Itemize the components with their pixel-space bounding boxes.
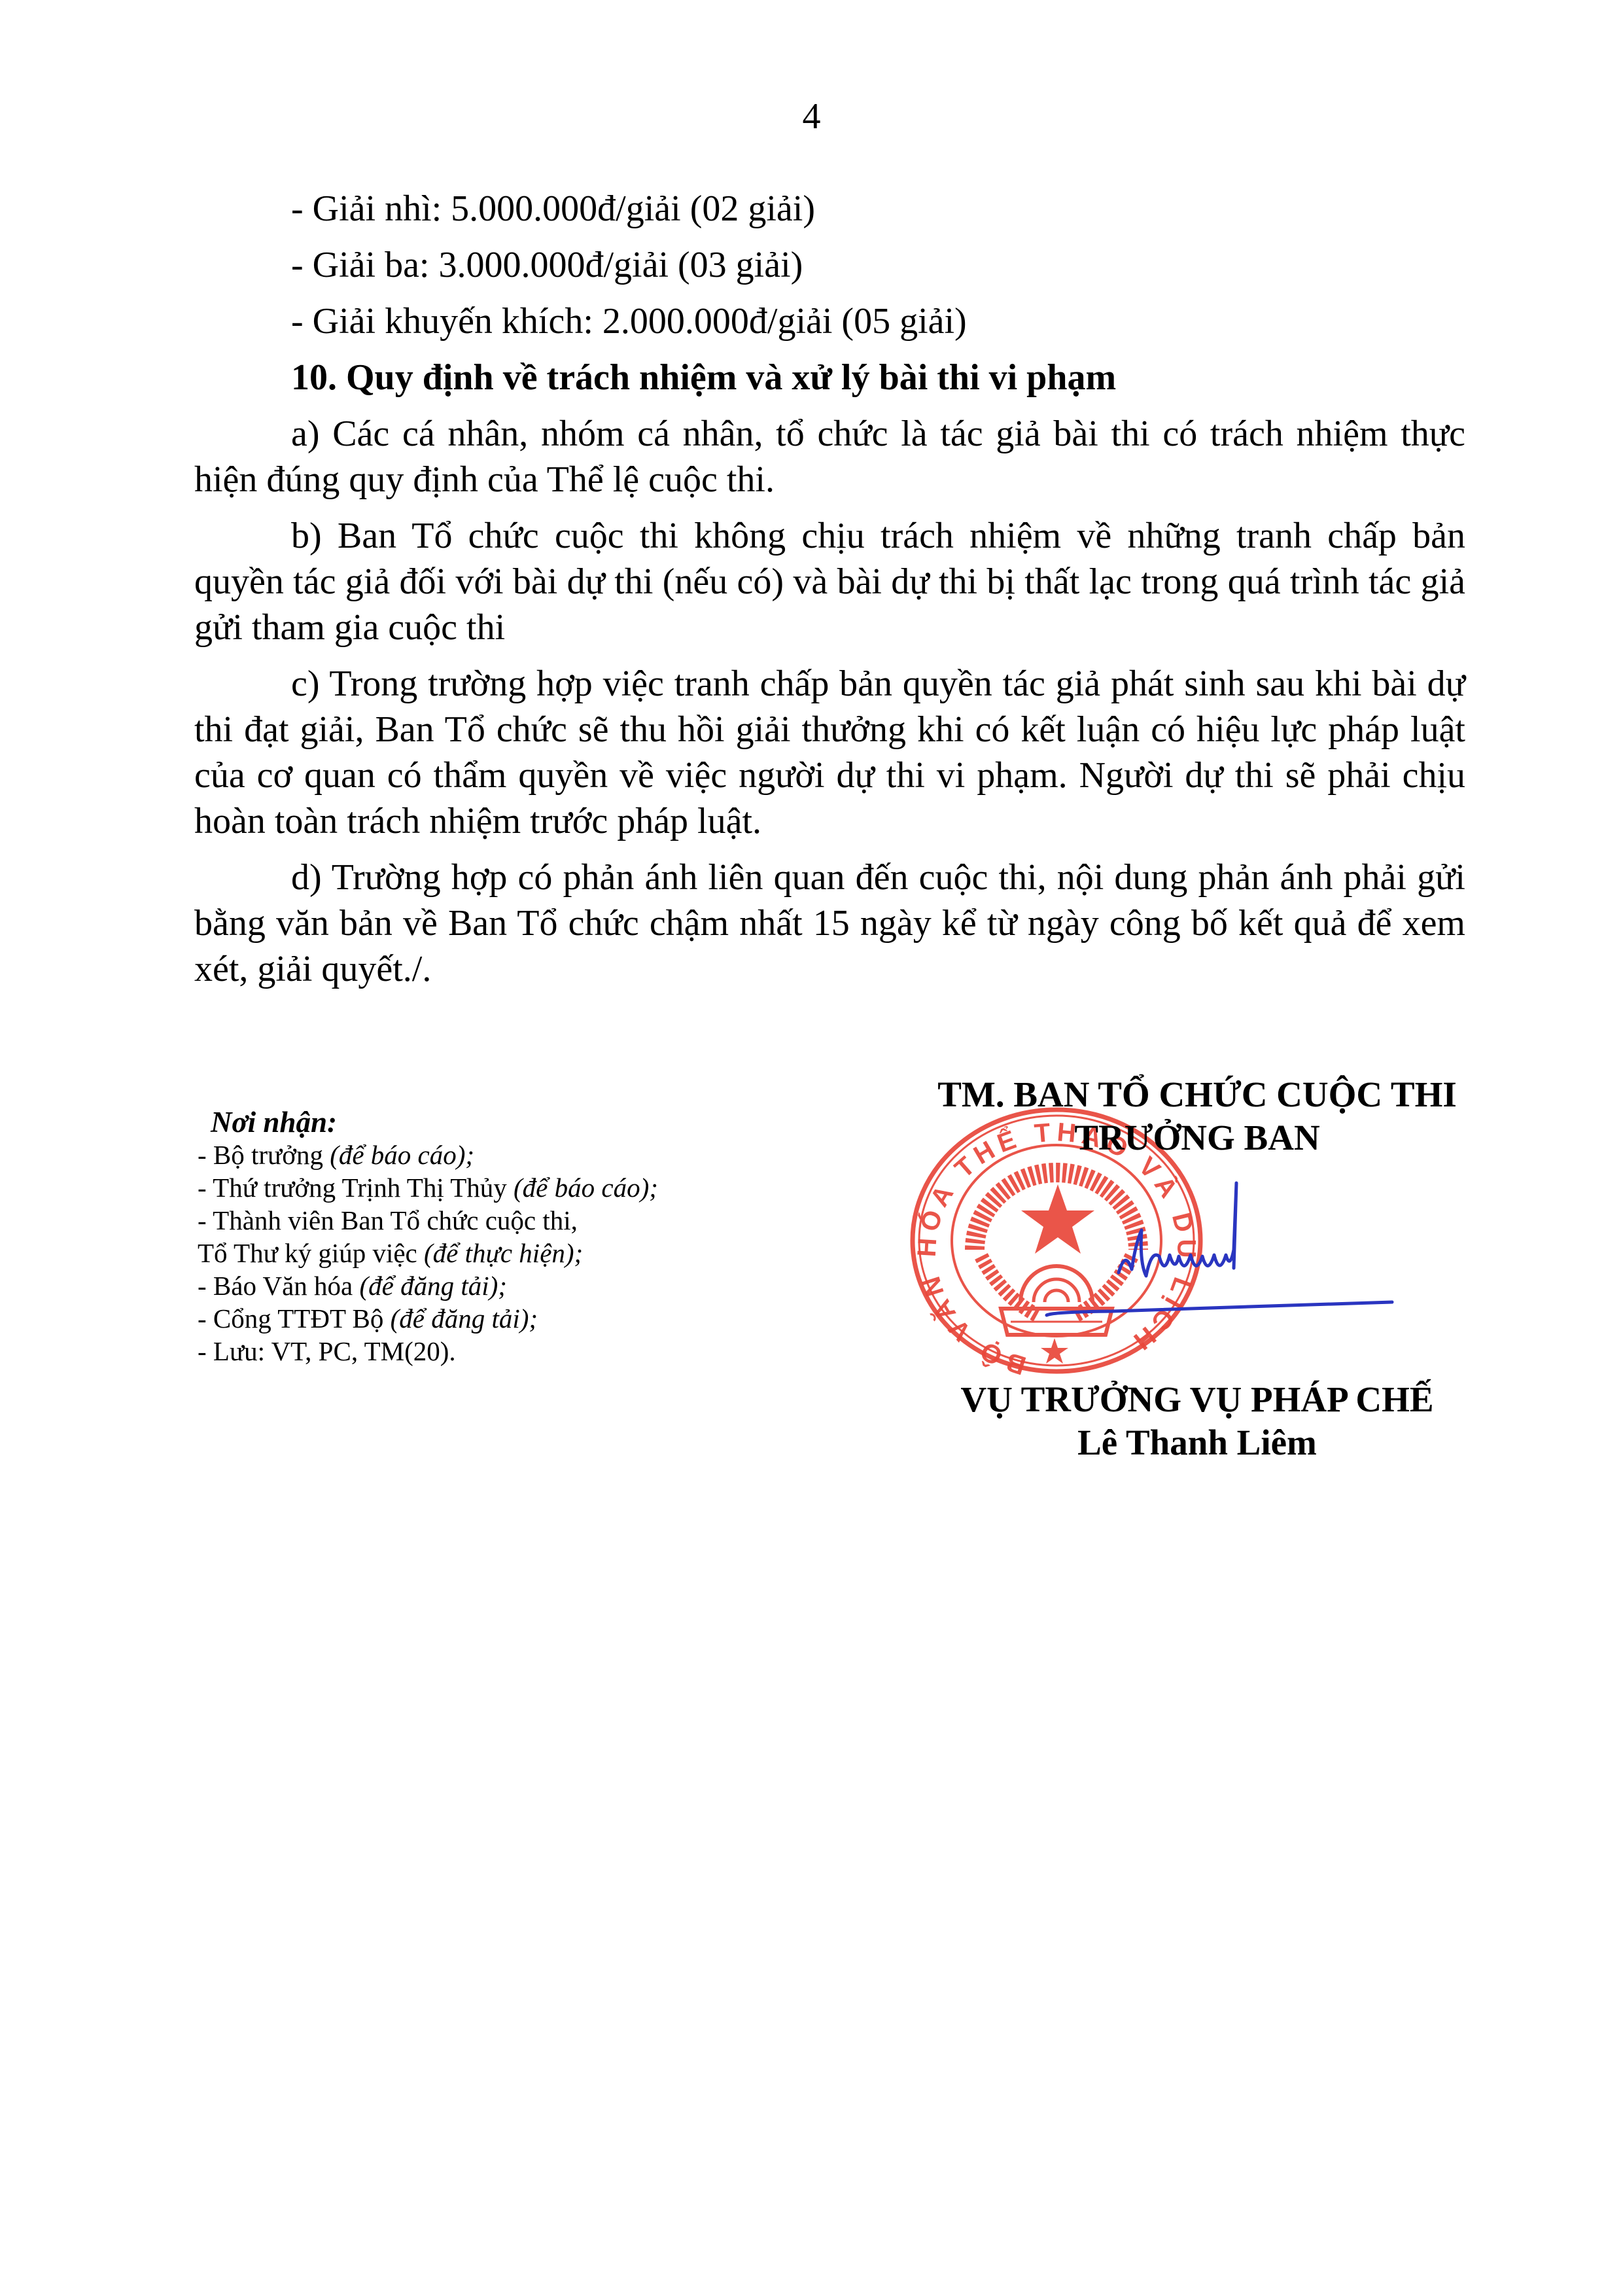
recipient-item: Tổ Thư ký giúp việc (để thực hiện); [198, 1237, 658, 1269]
recipient-item: - Bộ trưởng (để báo cáo); [198, 1139, 658, 1171]
document-body: - Giải nhì: 5.000.000đ/giải (02 giải) - … [194, 186, 1465, 1002]
signer-position: VỤ TRƯỞNG VỤ PHÁP CHẾ [903, 1378, 1492, 1421]
signer-name: Lê Thanh Liêm [903, 1421, 1492, 1464]
recipient-item: - Cổng TTĐT Bộ (để đăng tải); [198, 1302, 658, 1335]
recipient-note: (để báo cáo); [514, 1173, 658, 1203]
recipient-item: - Báo Văn hóa (để đăng tải); [198, 1269, 658, 1302]
section-heading: 10. Quy định về trách nhiệm và xử lý bài… [194, 355, 1465, 400]
recipient-note: (để thực hiện); [424, 1238, 583, 1268]
recipients-title: Nơi nhận: [211, 1106, 658, 1139]
prize-third: - Giải ba: 3.000.000đ/giải (03 giải) [194, 242, 1465, 288]
signer-block: VỤ TRƯỞNG VỤ PHÁP CHẾ Lê Thanh Liêm [903, 1378, 1492, 1464]
recipients-block: Nơi nhận: - Bộ trưởng (để báo cáo);- Thứ… [198, 1106, 658, 1368]
prize-encouragement: - Giải khuyến khích: 2.000.000đ/giải (05… [194, 298, 1465, 344]
paragraph-c: c) Trong trường hợp việc tranh chấp bản … [194, 661, 1465, 844]
paragraph-a: a) Các cá nhân, nhóm cá nhân, tổ chức là… [194, 411, 1465, 503]
recipient-note: (để báo cáo); [330, 1140, 474, 1170]
recipient-item: - Thứ trưởng Trịnh Thị Thủy (để báo cáo)… [198, 1171, 658, 1204]
recipients-list: - Bộ trưởng (để báo cáo);- Thứ trưởng Tr… [198, 1139, 658, 1368]
paragraph-d: d) Trường hợp có phản ánh liên quan đến … [194, 855, 1465, 992]
recipient-item: - Lưu: VT, PC, TM(20). [198, 1335, 658, 1368]
recipient-item: - Thành viên Ban Tổ chức cuộc thi, [198, 1204, 658, 1237]
page-number: 4 [0, 98, 1623, 135]
signature-heading: TM. BAN TỔ CHỨC CUỘC THI TRƯỞNG BAN [903, 1073, 1492, 1159]
prize-second: - Giải nhì: 5.000.000đ/giải (02 giải) [194, 186, 1465, 232]
on-behalf-label: TM. BAN TỔ CHỨC CUỘC THI [903, 1073, 1492, 1116]
role-label: TRƯỞNG BAN [903, 1116, 1492, 1159]
recipient-note: (để đăng tải); [359, 1271, 506, 1301]
recipient-note: (để đăng tải); [391, 1303, 538, 1333]
handwritten-signature-icon [1034, 1178, 1426, 1335]
paragraph-b: b) Ban Tổ chức cuộc thi không chịu trách… [194, 513, 1465, 650]
